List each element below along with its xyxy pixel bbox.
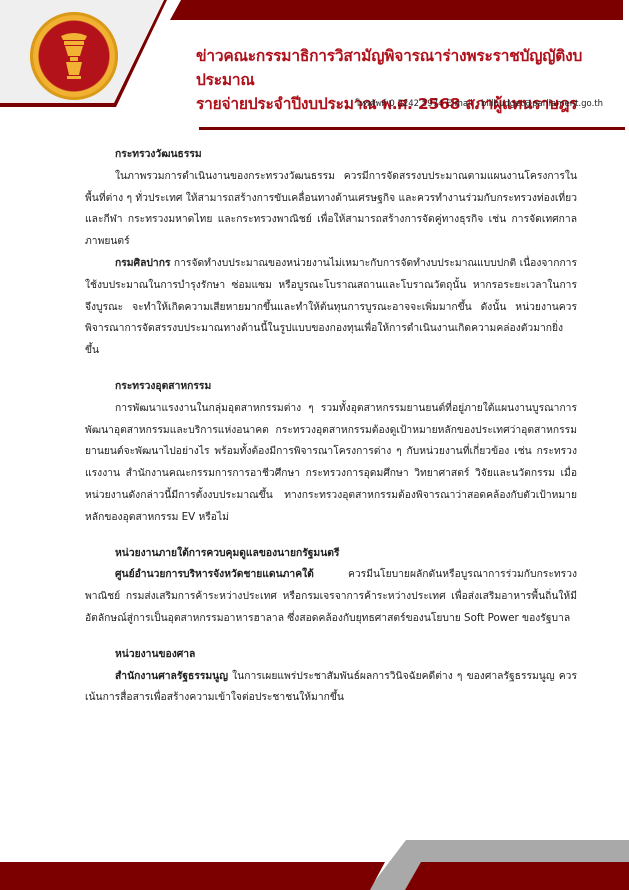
paragraph: กรมศิลปากร การจัดทำงบประมาณของหน่วยงานไม…	[85, 253, 577, 362]
section-prime-minister-agencies: หน่วยงานภายใต้การควบคุมดูแลของนายกรัฐมนต…	[85, 543, 577, 630]
section-title: หน่วยงานของศาล	[85, 644, 577, 666]
paragraph-lead: สำนักงานศาลรัฐธรรมนูญ	[115, 670, 228, 682]
paragraph: ในภาพรวมการดำเนินงานของกระทรวงวัฒนธรรม ค…	[85, 166, 577, 253]
section-title: หน่วยงานภายใต้การควบคุมดูแลของนายกรัฐมนต…	[85, 543, 577, 565]
header-underline	[199, 127, 625, 130]
paragraph: การพัฒนาแรงงานในกลุ่มอุตสาหกรรมต่าง ๆ รว…	[85, 398, 577, 529]
title-line-1: ข่าวคณะกรรมาธิการวิสามัญพิจารณาร่างพระรา…	[196, 44, 629, 92]
parliament-emblem-icon	[30, 12, 118, 100]
paragraph: สำนักงานศาลรัฐธรรมนูญ ในการเผยแพร่ประชาส…	[85, 666, 577, 710]
page-footer	[0, 832, 629, 890]
section-title: กระทรวงอุตสาหกรรม	[85, 376, 577, 398]
section-court-agencies: หน่วยงานของศาล สำนักงานศาลรัฐธรรมนูญ ในก…	[85, 644, 577, 709]
paragraph-lead: กรมศิลปากร	[115, 257, 170, 269]
paragraph-text: การจัดทำงบประมาณของหน่วยงานไม่เหมาะกับกา…	[85, 257, 577, 356]
page-header: ข่าวคณะกรรมาธิการวิสามัญพิจารณาร่างพระรา…	[0, 0, 629, 112]
document-body: กระทรวงวัฒนธรรม ในภาพรวมการดำเนินงานของก…	[85, 144, 577, 723]
paragraph-text: การพัฒนาแรงงานในกลุ่มอุตสาหกรรมต่าง ๆ รว…	[85, 402, 577, 523]
paragraph-text: ในภาพรวมการดำเนินงานของกระทรวงวัฒนธรรม ค…	[85, 170, 577, 247]
ceremonial-bowl-icon	[59, 30, 89, 80]
section-industry: กระทรวงอุตสาหกรรม การพัฒนาแรงงานในกลุ่มอ…	[85, 376, 577, 529]
contact-info: โทรศัพท์ 0 2242 5974 E-mail : billbudget…	[355, 96, 603, 110]
section-culture: กระทรวงวัฒนธรรม ในภาพรวมการดำเนินงานของก…	[85, 144, 577, 362]
paragraph-lead: ศูนย์อำนวยการบริหารจังหวัดชายแดนภาคใต้	[115, 568, 314, 580]
paragraph: ศูนย์อำนวยการบริหารจังหวัดชายแดนภาคใต้ ค…	[85, 564, 577, 629]
section-title: กระทรวงวัฒนธรรม	[85, 144, 577, 166]
